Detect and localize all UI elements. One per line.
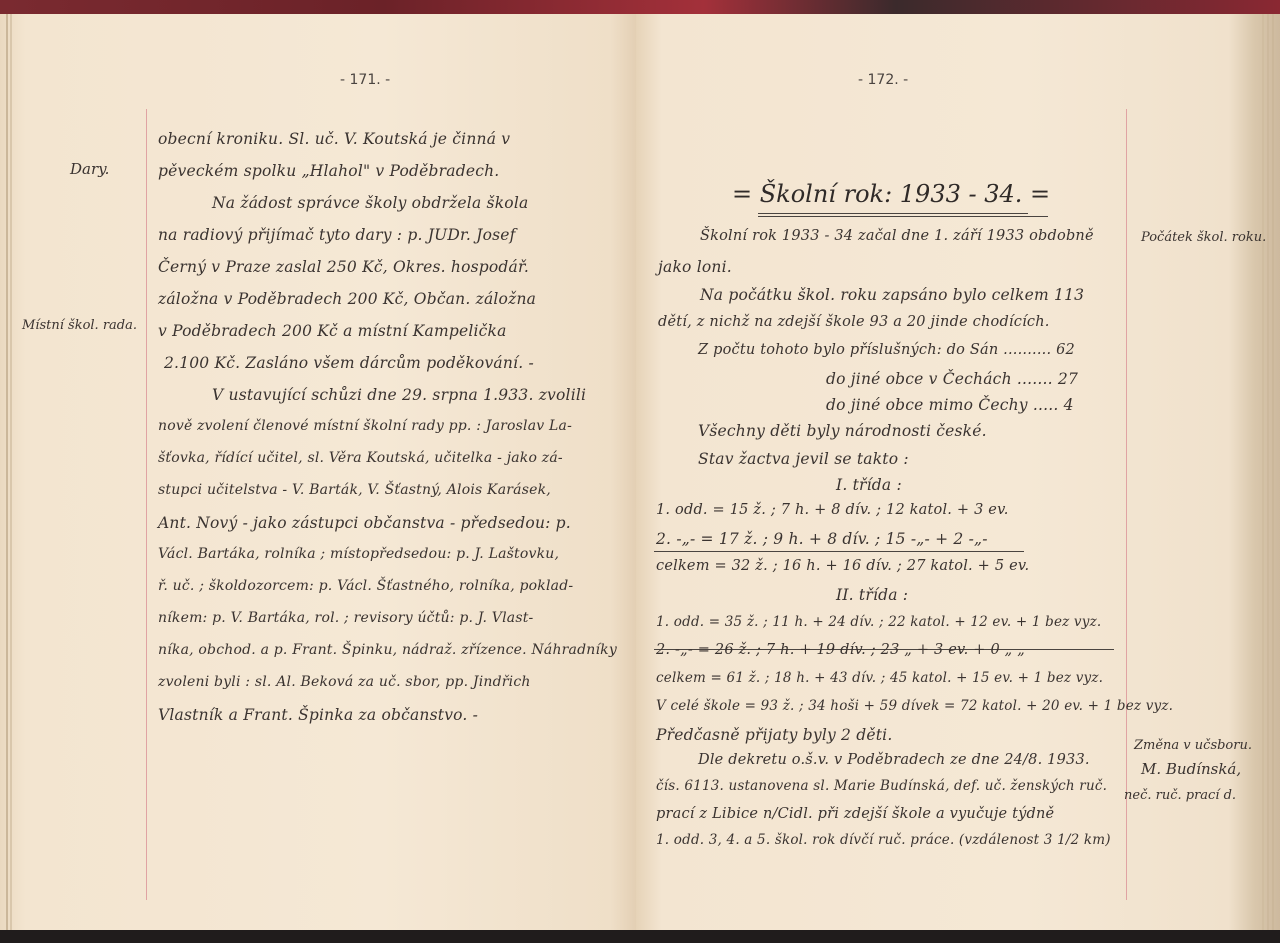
page-number: - 171. - <box>340 72 390 88</box>
text-line: I. třída : <box>836 476 902 494</box>
text-line: Na žádost správce školy obdržela škola <box>212 194 528 212</box>
text-line: Vlastník a Frant. Špinka za občanstvo. - <box>158 706 478 724</box>
text-line: šťovka, řídící učitel, sl. Věra Koutská,… <box>158 450 563 466</box>
title-underline <box>758 213 1028 214</box>
margin-note-pocatek: Počátek škol. roku. <box>1141 230 1266 245</box>
text-line: 2. -„- = 26 ž. ; 7 h. + 19 dív. ; 23 „ +… <box>656 642 1025 658</box>
text-line: Stav žactva jevil se takto : <box>698 450 909 468</box>
margin-note-budinska: M. Budínská, <box>1141 760 1241 778</box>
text-line: Na počátku škol. roku zapsáno bylo celke… <box>700 286 1084 304</box>
text-line: celkem = 61 ž. ; 18 h. + 43 dív. ; 45 ka… <box>656 670 1103 686</box>
text-line: v Poděbradech 200 Kč a místní Kampelička <box>158 322 507 340</box>
text-line: Z počtu tohoto bylo příslušných: do Sán … <box>698 342 1075 358</box>
margin-rule <box>146 109 147 900</box>
text-line: pěveckém spolku „Hlahol" v Poděbradech. <box>158 162 499 180</box>
text-line: níka, obchod. a p. Frant. Špinku, nádraž… <box>158 642 617 658</box>
text-line: stupci učitelstva - V. Barták, V. Šťastn… <box>158 482 551 498</box>
page-number: - 172. - <box>858 72 908 88</box>
page-edge <box>1262 14 1264 930</box>
text-line: Dle dekretu o.š.v. v Poděbradech ze dne … <box>698 752 1090 768</box>
text-line: II. třída : <box>836 586 908 604</box>
section-title: = Školní rok: 1933 - 34. = <box>732 180 1050 208</box>
text-line: na radiový přijímač tyto dary : p. JUDr.… <box>158 226 516 244</box>
text-line: do jiné obce v Čechách ....... 27 <box>826 370 1078 388</box>
text-line: Václ. Bartáka, rolníka ; místopředsedou:… <box>158 546 559 562</box>
text-line: 2. -„- = 17 ž. ; 9 h. + 8 dív. ; 15 -„- … <box>656 530 988 548</box>
text-line: obecní kroniku. Sl. uč. V. Koutská je či… <box>158 130 510 148</box>
text-line: V celé škole = 93 ž. ; 34 hoši + 59 díve… <box>656 698 1173 714</box>
text-line: do jiné obce mimo Čechy ..... 4 <box>826 396 1074 414</box>
text-line: Předčasně přijaty byly 2 děti. <box>656 726 892 744</box>
text-line: nově zvolení členové místní školní rady … <box>158 418 572 434</box>
text-line: V ustavující schůzi dne 29. srpna 1.933.… <box>212 386 586 404</box>
margin-note-rucni-prace: neč. ruč. prací d. <box>1124 788 1236 803</box>
text-line: 1. odd. 3, 4. a 5. škol. rok dívčí ruč. … <box>656 832 1111 848</box>
text-line: dětí, z nichž na zdejší škole 93 a 20 ji… <box>658 314 1050 330</box>
margin-rule <box>1126 109 1127 900</box>
margin-note-dary: Dary. <box>70 160 109 178</box>
text-line: Černý v Praze zaslal 250 Kč, Okres. hosp… <box>158 258 529 276</box>
text-line: níkem: p. V. Bartáka, rol. ; revisory úč… <box>158 610 534 626</box>
text-line: Všechny děti byly národnosti české. <box>698 422 987 440</box>
page-edge <box>6 14 8 930</box>
right-page: - 172. - = Školní rok: 1933 - 34. = Počá… <box>636 14 1280 930</box>
text-line: 2.100 Kč. Zasláno všem dárcům poděkování… <box>164 354 534 372</box>
title-underline <box>758 216 1048 217</box>
left-page: - 171. - Dary. Místní škol. rada. obecní… <box>0 14 636 930</box>
text-line: celkem = 32 ž. ; 16 h. + 16 dív. ; 27 ka… <box>656 558 1029 574</box>
text-line: ř. uč. ; školdozorcem: p. Václ. Šťastnéh… <box>158 578 573 594</box>
book-binding-bottom <box>0 930 1280 943</box>
text-line: Školní rok 1933 - 34 začal dne 1. září 1… <box>700 228 1094 244</box>
text-line: jako loni. <box>658 258 732 276</box>
text-line: čís. 6113. ustanovena sl. Marie Budínská… <box>656 778 1107 794</box>
text-line: záložna v Poděbradech 200 Kč, Občan. zál… <box>158 290 536 308</box>
page-edge <box>10 14 12 930</box>
text-line: 1. odd. = 35 ž. ; 11 h. + 24 dív. ; 22 k… <box>656 614 1101 630</box>
text-line: Ant. Nový - jako zástupci občanstva - př… <box>158 514 571 532</box>
margin-note-skolni-rada: Místní škol. rada. <box>22 318 137 333</box>
text-line: zvoleni byli : sl. Al. Beková za uč. sbo… <box>158 674 531 690</box>
text-line: 1. odd. = 15 ž. ; 7 h. + 8 dív. ; 12 kat… <box>656 502 1009 518</box>
page-edge <box>1267 14 1269 930</box>
sum-rule-i <box>654 551 1024 552</box>
text-line: prací z Libice n/Cidl. při zdejší škole … <box>656 806 1054 822</box>
page-edge <box>1272 14 1274 930</box>
book-binding-top <box>0 0 1280 14</box>
margin-note-zmena: Změna v učsboru. <box>1134 738 1252 753</box>
